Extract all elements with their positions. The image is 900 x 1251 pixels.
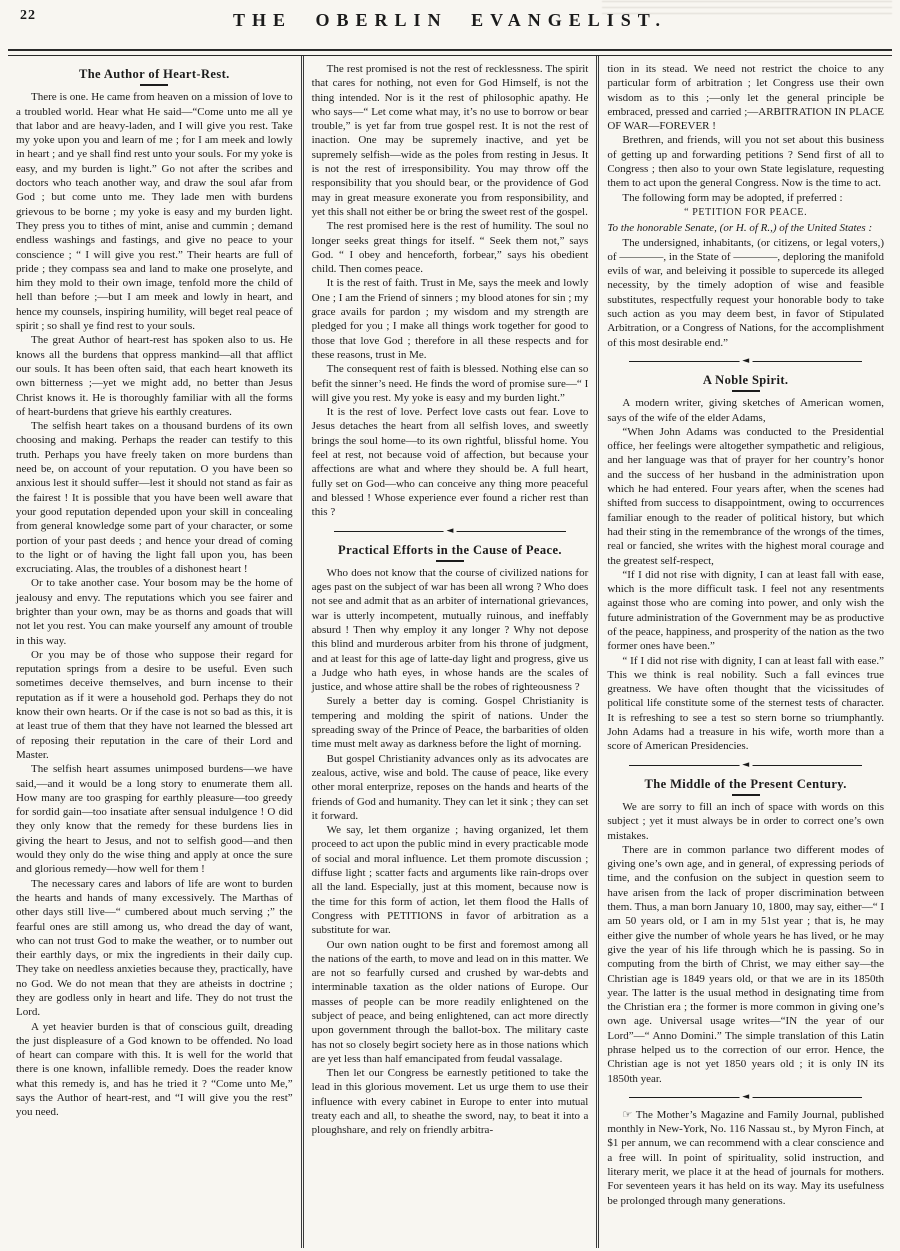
page-header: 22 THE OBERLIN EVANGELIST.: [0, 0, 900, 46]
article-heading-a-noble-spirit: A Noble Spirit.: [607, 373, 884, 392]
paragraph: A modern writer, giving sketches of Amer…: [607, 396, 884, 425]
article-heading-author-of-heart-rest: The Author of Heart-Rest.: [16, 67, 293, 86]
paragraph: The selfish heart assumes unimposed burd…: [16, 762, 293, 876]
paragraph: “ If I did not rise with dignity, I can …: [607, 654, 884, 754]
paragraph: It is the rest of love. Perfect love cas…: [312, 405, 589, 519]
arrow-rule-divider: [629, 1091, 862, 1104]
paragraph: Or to take another case. Your bosom may …: [16, 576, 293, 647]
paragraph: tion in its stead. We need not restrict …: [607, 62, 884, 133]
paragraph: Our own nation ought to be first and for…: [312, 938, 589, 1067]
paragraph: There are in common parlance two differe…: [607, 843, 884, 1086]
paragraph: The selfish heart takes on a thousand bu…: [16, 419, 293, 576]
paragraph: It is the rest of faith. Trust in Me, sa…: [312, 276, 589, 362]
paragraph: But gospel Christianity advances only as…: [312, 752, 589, 823]
paragraph: We are sorry to fill an inch of space wi…: [607, 800, 884, 843]
paragraph: We say, let them organize ; having organ…: [312, 823, 589, 937]
arrow-rule-divider: [629, 759, 862, 772]
paragraph: Brethren, and friends, will you not set …: [607, 133, 884, 190]
article-heading-middle-of-present-century: The Middle of the Present Century.: [607, 777, 884, 796]
column-1: The Author of Heart-Rest.There is one. H…: [8, 56, 301, 1248]
column-2: The rest promised is not the rest of rec…: [301, 56, 597, 1248]
paragraph: A yet heavier burden is that of consciou…: [16, 1020, 293, 1120]
arrow-rule-divider: [334, 525, 567, 538]
paragraph: Then let our Congress be earnestly petit…: [312, 1066, 589, 1137]
paragraph: The consequent rest of faith is blessed.…: [312, 362, 589, 405]
paragraph: “If I did not rise with dignity, I can a…: [607, 568, 884, 654]
paragraph: The following form may be adopted, if pr…: [607, 191, 884, 205]
paragraph: Who does not know that the course of civ…: [312, 566, 589, 695]
article-heading-practical-efforts: Practical Efforts in the Cause of Peace.: [312, 543, 589, 562]
paragraph: Surely a better day is coming. Gospel Ch…: [312, 694, 589, 751]
petition-title: “ PETITION FOR PEACE.: [607, 206, 884, 220]
arrow-rule-divider: [629, 355, 862, 368]
ink-bleed-artifact: [602, 1, 892, 14]
paragraph: There is one. He came from heaven on a m…: [16, 90, 293, 333]
paragraph: “When John Adams was conducted to the Pr…: [607, 425, 884, 568]
paragraph: The necessary cares and labors of life a…: [16, 877, 293, 1020]
paragraph: The great Author of heart-rest has spoke…: [16, 333, 293, 419]
newspaper-page: 22 THE OBERLIN EVANGELIST. The Author of…: [0, 0, 900, 1251]
paragraph: Or you may be of those who suppose their…: [16, 648, 293, 762]
petition-salutation: To the honorable Senate, (or H. of R.,) …: [607, 221, 884, 235]
header-double-rule: [8, 49, 892, 56]
page-number: 22: [20, 8, 36, 24]
paragraph: The rest promised here is the rest of hu…: [312, 219, 589, 276]
paragraph: The undersigned, inhabitants, (or citize…: [607, 236, 884, 350]
page-columns: The Author of Heart-Rest.There is one. H…: [8, 56, 892, 1248]
paragraph: The rest promised is not the rest of rec…: [312, 62, 589, 219]
notice-paragraph: ☞ The Mother’s Magazine and Family Journ…: [607, 1108, 884, 1208]
column-3: tion in its stead. We need not restrict …: [596, 56, 892, 1248]
